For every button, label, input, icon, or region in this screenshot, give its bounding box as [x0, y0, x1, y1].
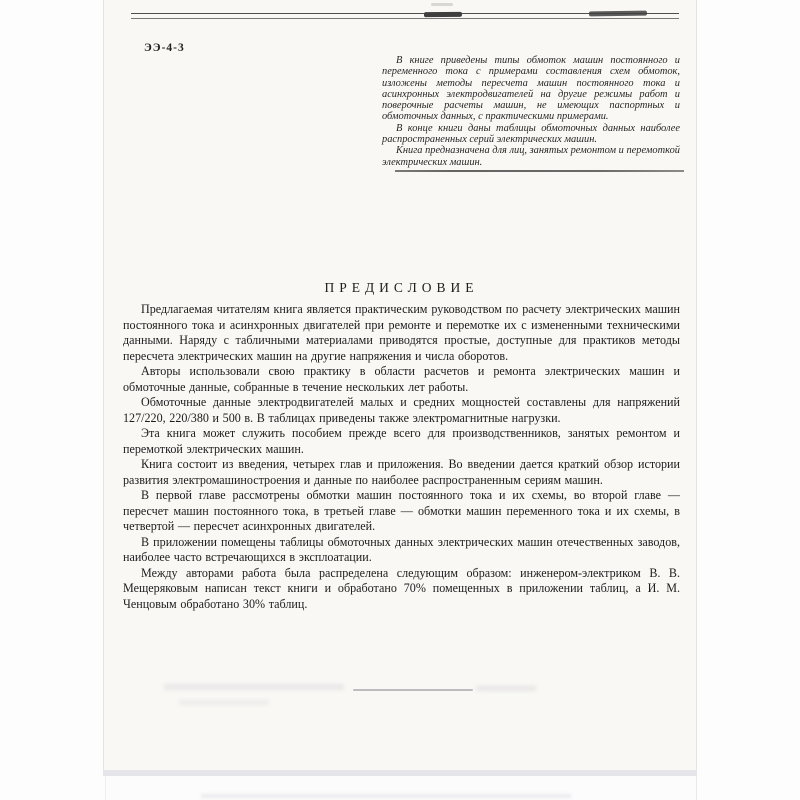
- scanned-book-page: ЭЭ-4-3 В книге приведены типы обмоток ма…: [103, 0, 697, 770]
- annotation-paragraph: Книга предназначена для лиц, занятых рем…: [382, 145, 680, 168]
- preface-body: Предлагаемая читателям книга является пр…: [123, 302, 680, 612]
- preface-paragraph: Эта книга может служить пособием прежде …: [123, 426, 680, 457]
- press-code: ЭЭ-4-3: [144, 42, 185, 54]
- preface-paragraph: Предлагаемая читателям книга является пр…: [123, 302, 680, 364]
- annotation-separator-rule: [395, 170, 684, 172]
- bleed-through-rule: [353, 689, 473, 691]
- top-double-rule: [131, 13, 679, 19]
- preface-paragraph: Книга состоит из введения, четырех глав …: [123, 457, 680, 488]
- annotation-block: В книге приведены типы обмоток машин пос…: [382, 55, 680, 168]
- next-page-edge: [105, 776, 697, 800]
- ink-blob: [431, 3, 453, 6]
- preface-paragraph: Обмоточные данные электродвигателей малы…: [123, 395, 680, 426]
- ink-blob: [589, 11, 647, 17]
- preface-paragraph: Авторы использовали свою практику в обла…: [123, 364, 680, 395]
- preface-paragraph: В приложении помещены таблицы обмоточных…: [123, 535, 680, 566]
- annotation-paragraph: В конце книги даны таблицы обмоточных да…: [382, 123, 680, 146]
- ink-blob: [424, 12, 462, 17]
- annotation-paragraph: В книге приведены типы обмоток машин пос…: [382, 55, 680, 123]
- page-title: ПРЕДИСЛОВИЕ: [123, 280, 680, 296]
- bleed-through-smudge: [476, 686, 536, 691]
- bleed-through-smudge: [179, 700, 269, 705]
- preface-paragraph: В первой главе рассмотрены обмотки машин…: [123, 488, 680, 535]
- preface-paragraph: Между авторами работа была распределена …: [123, 566, 680, 613]
- bleed-through-smudge: [164, 684, 344, 690]
- next-page-smudge: [201, 794, 571, 798]
